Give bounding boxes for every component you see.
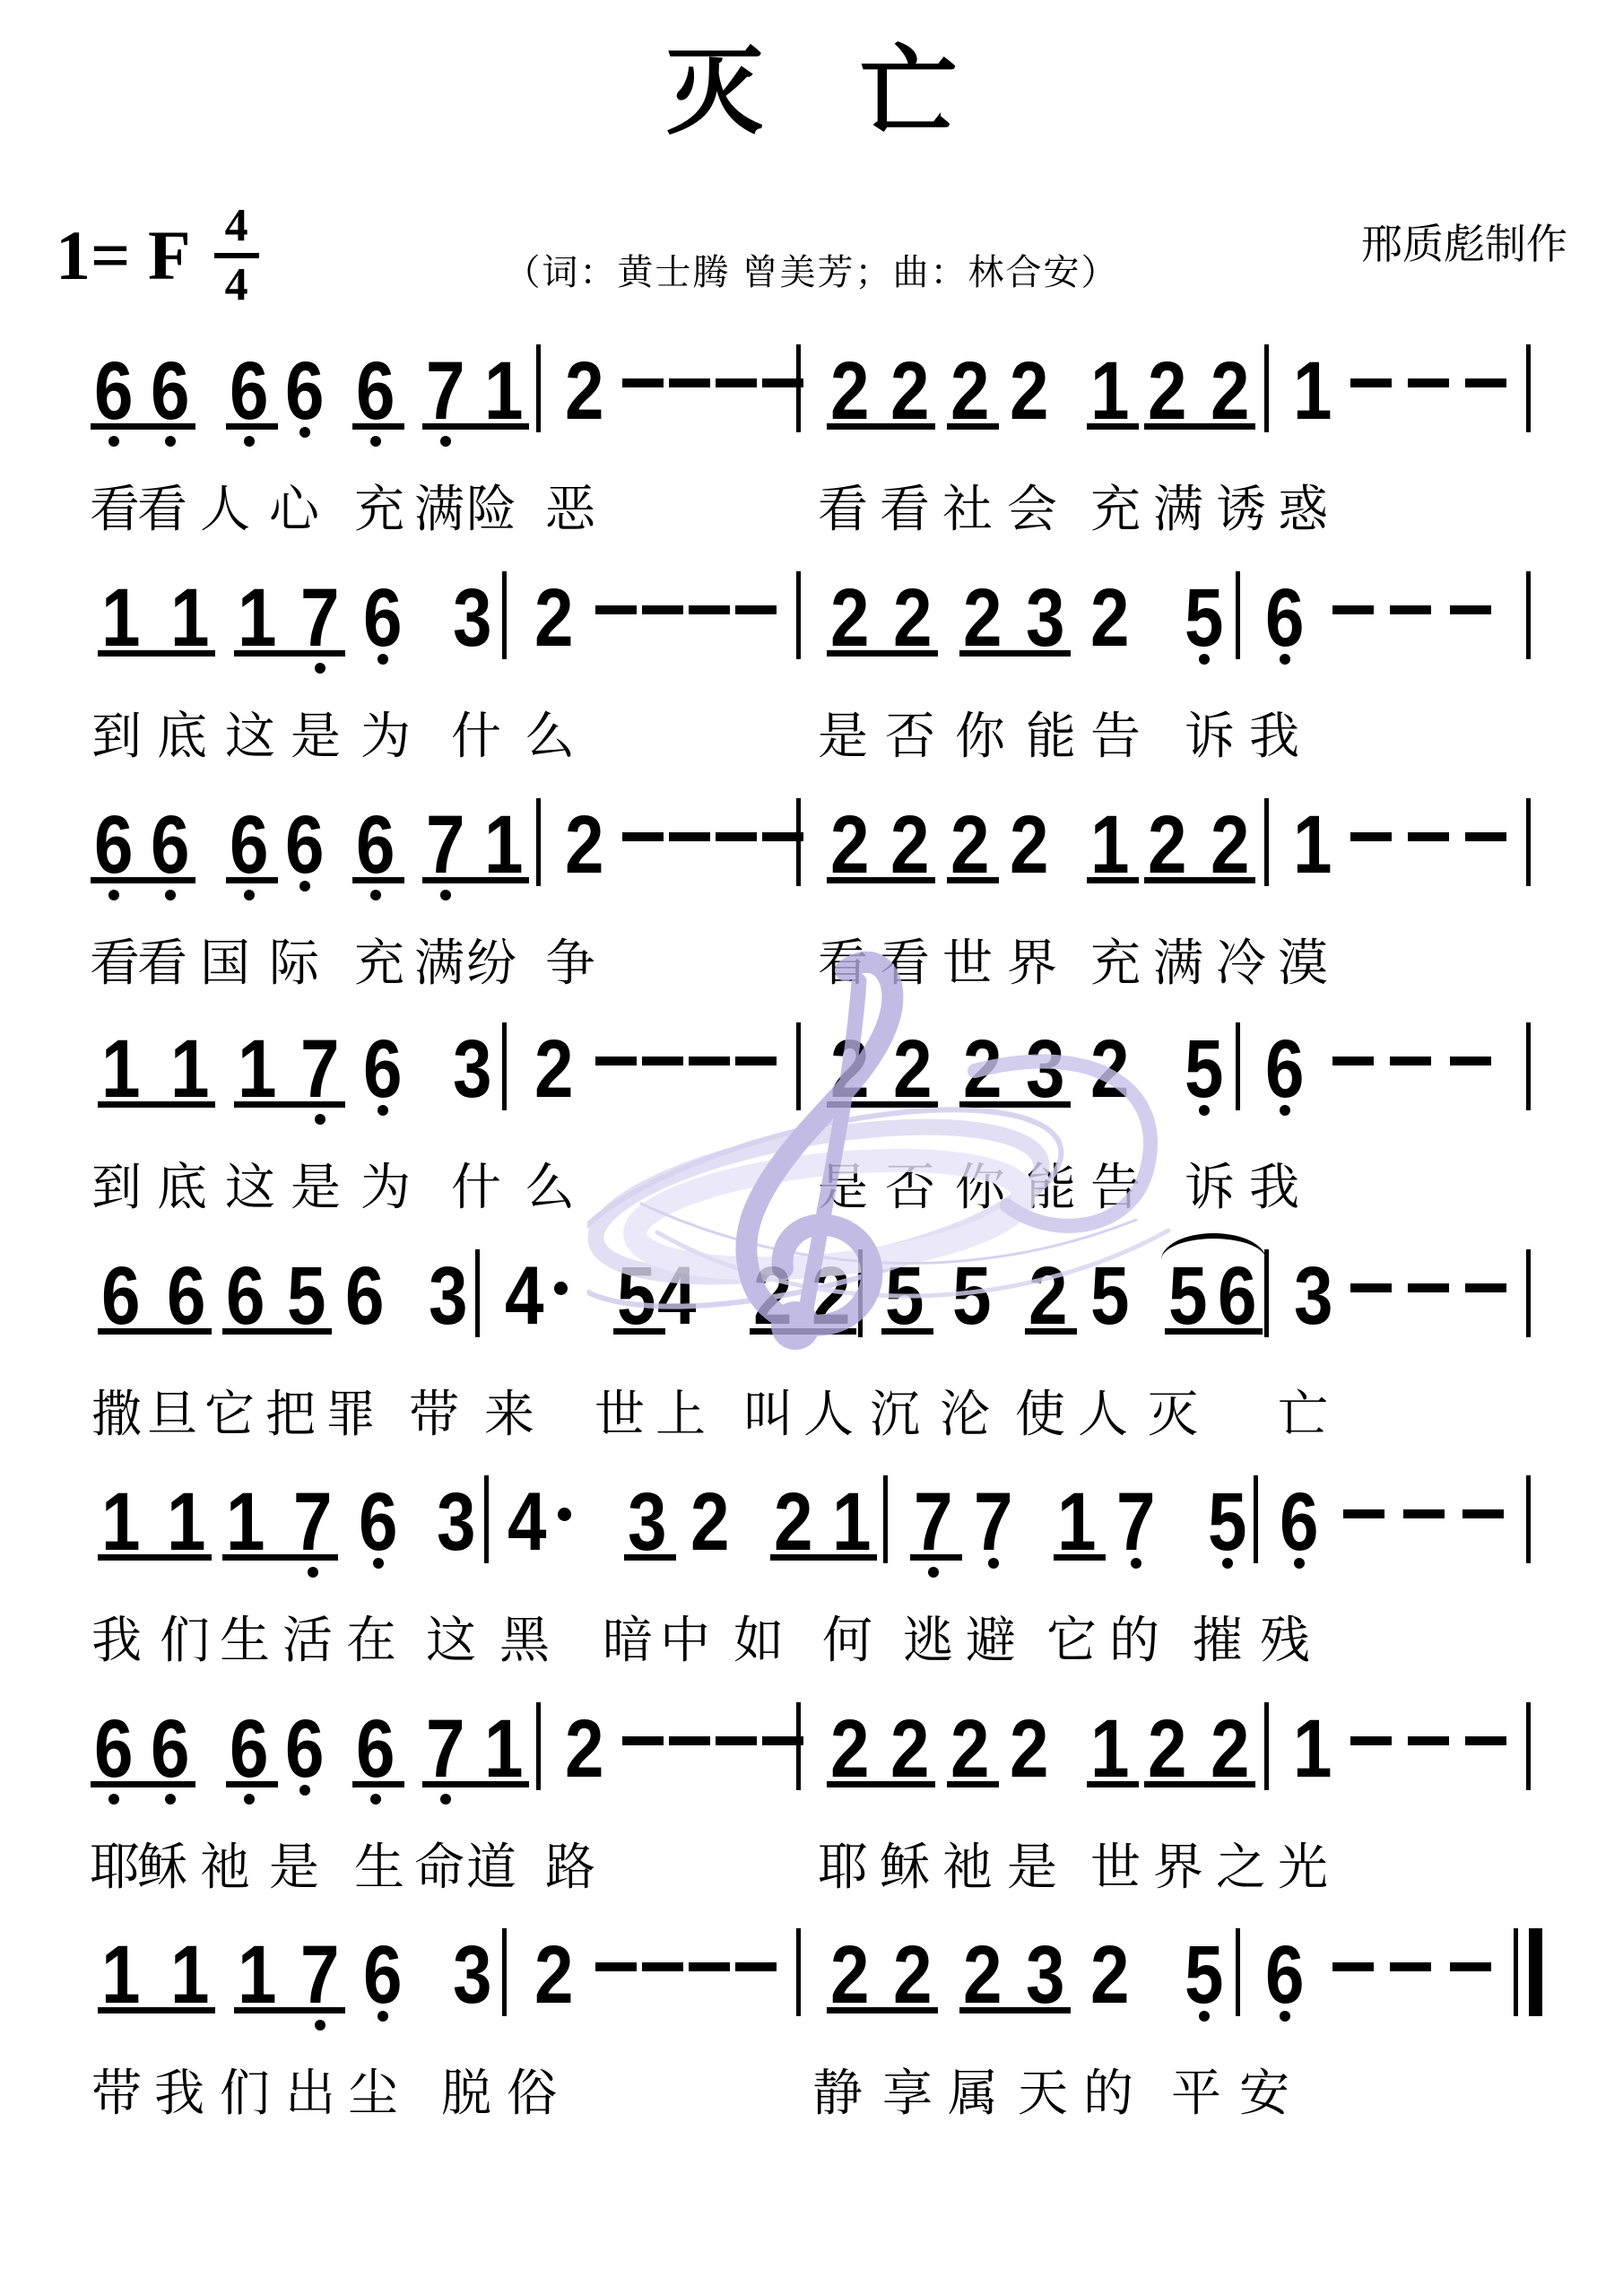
note-digit: 2 [1211,804,1249,886]
barline [1264,1249,1269,1337]
lyric-syllable: 充 [354,938,404,988]
lyric-syllable: 罪 [325,1389,376,1439]
eighth-underline [352,877,404,883]
note-digit: 6 [230,350,268,432]
lyric-syllable: 叫 [743,1389,794,1439]
lyric-syllable: 这 [225,711,275,761]
note-digit: 3 [1026,1028,1064,1110]
eighth-underline [98,1101,215,1108]
duration-dash [735,1057,777,1065]
octave-dot [1294,1558,1305,1569]
octave-dot [244,1794,255,1805]
octave-dot [378,2011,388,2022]
barline [796,1928,801,2016]
note-digit: 1 [238,577,276,659]
eighth-underline [234,1101,345,1108]
octave-dot [378,1105,388,1116]
duration-dash [622,832,664,841]
eighth-underline [91,877,195,883]
note-digit: 2 [893,1934,932,2016]
note-digit: 1 [1293,350,1332,432]
note-digit: 3 [429,1255,467,1337]
barline [796,798,801,886]
lyric-syllable: 界 [1153,1842,1203,1892]
barline [1264,1702,1269,1790]
duration-dash [669,378,710,387]
octave-dot [244,890,255,900]
note-digit: 5 [1208,1481,1246,1563]
music-system: 6666671222221221看看人心充满险恶看看社会充满诱惑 [0,350,1623,577]
lyric-syllable: 把 [265,1389,316,1439]
note-digit: 2 [893,1028,932,1110]
note-digit: 3 [1026,577,1064,659]
octave-dot [1199,2011,1210,2022]
lyric-syllable: 世 [942,938,993,988]
eighth-underline [222,1554,338,1561]
eighth-underline [91,1781,195,1787]
note-digit: 6 [1265,1028,1304,1110]
note-digit: 2 [1148,1708,1186,1790]
barline [796,571,801,659]
duration-dash [669,832,710,841]
lyric-syllable: 人 [1078,1389,1128,1439]
lyric-syllable: 看 [880,938,930,988]
barline [1236,1022,1240,1110]
lyric-syllable: 生 [220,1615,270,1665]
octave-dot [370,1794,381,1805]
lyric-syllable: 残 [1260,1615,1310,1665]
lyric-syllable: 道 [466,1842,516,1892]
lyric-syllable: 我 [1249,1162,1299,1213]
lyric-syllable: 告 [1090,1162,1141,1213]
note-digit: 2 [950,1708,989,1790]
lyric-syllable: 否 [885,711,935,761]
lyric-syllable: 际 [269,938,319,988]
barline [1526,1022,1531,1110]
note-digit: 1 [1057,1481,1096,1563]
duration-dash [642,1057,683,1065]
eighth-underline [959,1101,1071,1108]
octave-dot [1222,1558,1233,1569]
barline [1264,798,1269,886]
note-digit: 6 [101,1255,140,1337]
barline [484,1475,489,1563]
lyric-syllable: 底 [157,711,207,761]
lyric-syllable: 是 [818,1162,868,1213]
eighth-underline [91,423,195,430]
note-digit: 2 [963,577,1002,659]
duration-dash [1350,1736,1392,1745]
eighth-underline [234,650,345,657]
duration-dash [1465,1736,1506,1745]
note-digit: 6 [345,1255,384,1337]
barline [1264,344,1269,432]
duration-dash [1350,378,1392,387]
duration-dash [595,1962,637,1971]
note-digit: 6 [226,1255,265,1337]
lyric-syllable: 底 [157,1162,207,1213]
lyric-syllable: 国 [200,938,250,988]
note-digit: 5 [287,1255,325,1337]
duration-dash [669,1736,710,1745]
lyric-syllable: 黑 [499,1615,550,1665]
eighth-underline [1054,1554,1106,1561]
eighth-underline [226,423,278,430]
lyric-syllable: 属 [948,2068,998,2118]
note-digit: 7 [293,1481,332,1563]
eighth-underline [827,1101,938,1108]
lyric-syllable: 诉 [1185,711,1235,761]
eighth-underline [827,650,938,657]
eighth-underline [422,1781,529,1787]
octave-dot [108,436,119,447]
octave-dot [108,890,119,900]
duration-dash [1408,378,1449,387]
note-digit: 3 [453,577,491,659]
note-digit: 3 [453,1934,491,2016]
note-digit: 5 [885,1255,924,1337]
note-digit: 6 [363,1934,402,2016]
octave-dot [1280,654,1290,665]
duration-dash [1403,1509,1445,1518]
note-digit: 2 [893,577,932,659]
duration-dash [1390,605,1431,614]
lyric-syllable: 纷 [466,938,516,988]
note-digit: 1 [484,1708,523,1790]
lyric-syllable: 充 [1090,938,1141,988]
note-digit: 6 [363,1028,402,1110]
note-digit: 2 [830,1934,869,2016]
duration-dash [642,1962,683,1971]
duration-dash [1465,378,1506,387]
note-digit: 1 [101,577,140,659]
lyric-syllable: 中 [660,1615,710,1665]
octave-dot [1280,1105,1290,1116]
barline [1526,1249,1531,1337]
note-digit: 1 [238,1028,276,1110]
note-digit: 2 [1010,350,1048,432]
lyric-syllable: 满 [1153,484,1203,535]
eighth-underline [750,1328,856,1335]
lyric-syllable: 你 [955,1162,1005,1213]
eighth-underline [959,2007,1071,2013]
note-digit: 1 [101,1481,140,1563]
lyric-syllable: 否 [885,1162,935,1213]
eighth-underline [422,877,529,883]
note-digit: 1 [170,577,209,659]
note-digit: 1 [1090,804,1129,886]
octave-dot [1199,654,1210,665]
note-digit: 6 [94,1708,133,1790]
duration-dash [622,1736,664,1745]
eighth-underline [98,1328,212,1335]
octave-dot [440,1794,451,1805]
note-digit: 1 [1293,804,1332,886]
lyric-syllable: 我 [154,2068,204,2118]
lyric-syllable: 充 [354,484,404,535]
note-digit: 7 [426,350,464,432]
note-digit: 2 [830,804,869,886]
note-digit: 5 [1168,1255,1207,1337]
duration-dash [716,1736,757,1745]
lyric-syllable: 脱 [441,2068,491,2118]
note-digit: 7 [300,1934,339,2016]
barline [1526,344,1531,432]
lyric-syllable: 险 [466,484,516,535]
music-system: 6666671222221221耶稣祂是生命道路耶稣祂是世界之光 [0,1708,1623,1935]
note-digit: 2 [830,350,869,432]
note-digit: 2 [534,1934,573,2016]
duration-dash [1350,1283,1392,1292]
note-digit: 5 [1185,1028,1223,1110]
lyric-syllable: 撒 [91,1389,142,1439]
note-digit: 6 [94,804,133,886]
lyric-syllable: 么 [525,1162,575,1213]
note-digit: 6 [1280,1481,1318,1563]
note-digit: 5 [1185,577,1223,659]
note-digit: 5 [1185,1934,1223,2016]
note-digit: 6 [1265,577,1304,659]
lyric-syllable: 的 [1083,2068,1133,2118]
lyric-syllable: 的 [1109,1615,1159,1665]
note-digit: 1 [1090,1708,1129,1790]
note-digit: 1 [1293,1708,1332,1790]
note-digit: 4 [657,1255,696,1337]
music-system: 11176322223256带我们出尘脱俗静享属天的平安 [0,1934,1623,2161]
note-digit: 2 [830,1028,869,1110]
note-digit: 6 [1218,1255,1256,1337]
lyric-syllable: 告 [1090,711,1141,761]
lyric-syllable: 是 [1007,1842,1057,1892]
duration-dash [689,1962,730,1971]
music-system: 11176322223256到底这是为什么是否你能告诉我 [0,1028,1623,1255]
lyric-syllable: 避 [966,1615,1016,1665]
eighth-underline [226,877,278,883]
lyric-syllable: 看 [137,484,187,535]
barline [796,344,801,432]
note-digit: 5 [1090,1255,1129,1337]
eighth-underline [234,2007,345,2013]
lyric-syllable: 满 [1153,938,1203,988]
lyric-syllable: 恶 [545,484,595,535]
lyric-syllable: 看 [90,484,140,535]
lyric-syllable: 到 [91,711,142,761]
lyric-syllable: 出 [285,2068,335,2118]
lyric-syllable: 么 [525,711,575,761]
note-digit: 4 [505,1255,543,1337]
lyric-syllable: 我 [1249,711,1299,761]
barline [883,1475,888,1563]
octave-dot [440,890,451,900]
note-digit: 6 [356,804,395,886]
lyric-syllable: 活 [282,1615,333,1665]
lyric-syllable: 们 [160,1615,210,1665]
lyric-syllable: 使 [1015,1389,1065,1439]
note-digit: 2 [963,1028,1002,1110]
augmentation-dot [554,1282,568,1295]
barline [475,1249,480,1337]
lyric-syllable: 界 [1007,938,1057,988]
note-digit: 2 [830,1708,869,1790]
note-digit: 6 [230,804,268,886]
note-digit: 5 [952,1255,991,1337]
note-digit: 1 [484,350,523,432]
note-digit: 6 [356,350,395,432]
lyric-syllable: 什 [451,1162,501,1213]
lyric-syllable: 它 [1046,1615,1097,1665]
eighth-underline [624,1554,676,1561]
lyric-syllable: 人 [803,1389,854,1439]
barline [858,1249,863,1337]
lyric-syllable: 在 [346,1615,396,1665]
octave-dot [308,1567,318,1578]
duration-dash [1390,1962,1431,1971]
lyric-syllable: 暗 [603,1615,653,1665]
lyric-syllable: 安 [1239,2068,1289,2118]
octave-dot [1131,1558,1141,1569]
duration-dash [1350,832,1392,841]
eighth-underline [947,1781,999,1787]
lyric-syllable: 惑 [1278,484,1328,535]
note-digit: 2 [534,577,573,659]
barline [502,1928,507,2016]
lyric-syllable: 世 [595,1389,645,1439]
barline [1254,1475,1258,1563]
note-digit: 2 [830,577,869,659]
lyric-syllable: 俗 [507,2068,557,2118]
lyric-syllable: 稣 [880,1842,930,1892]
lyric-syllable: 看 [818,938,868,988]
note-digit: 6 [363,577,402,659]
note-digit: 2 [890,804,929,886]
eighth-underline [1025,1328,1077,1335]
eighth-underline [827,2007,938,2013]
note-digit: 2 [565,350,603,432]
octave-dot [370,890,381,900]
eighth-underline [827,877,935,883]
eighth-underline [222,1328,332,1335]
note-digit: 2 [690,1481,729,1563]
lyric-syllable: 沦 [940,1389,990,1439]
note-digit: 7 [426,804,464,886]
lyric-syllable: 是 [291,1162,341,1213]
note-digit: 1 [167,1481,205,1563]
duration-dash [1332,605,1374,614]
note-digit: 2 [950,350,989,432]
eighth-underline [881,1328,933,1335]
note-digit: 2 [565,1708,603,1790]
sheet: 灭 亡 1= F 4 4 （词：黄士腾 曾美芳；曲：林合安） 邢质彪制作 666… [0,0,1623,2296]
note-digit: 1 [101,1934,140,2016]
score: 6666671222221221看看人心充满险恶看看社会充满诱惑11176322… [0,0,1623,2296]
note-digit: 2 [1090,1028,1129,1110]
note-digit: 3 [437,1481,475,1563]
lyric-syllable: 争 [545,938,595,988]
lyric-syllable: 平 [1171,2068,1221,2118]
barline [1526,1702,1531,1790]
lyric-syllable: 社 [942,484,993,535]
music-system: 666563454225525563撒旦它把罪带来世上叫人沉沦使人灭亡 [0,1255,1623,1482]
duration-dash [735,1962,777,1971]
lyric-syllable: 路 [545,1842,595,1892]
barline [536,344,541,432]
duration-dash [1408,1736,1449,1745]
note-digit: 6 [230,1708,268,1790]
duration-dash [1390,1057,1431,1065]
lyric-syllable: 满 [414,484,464,535]
duration-dash [716,832,757,841]
octave-dot [299,427,310,438]
lyric-syllable: 看 [137,938,187,988]
note-digit: 1 [170,1934,209,2016]
eighth-underline [98,650,215,657]
lyric-syllable: 享 [882,2068,933,2118]
duration-dash [1462,1509,1504,1518]
note-digit: 1 [238,1934,276,2016]
note-digit: 1 [101,1028,140,1110]
barline [796,1022,801,1110]
duration-dash [595,1057,637,1065]
lyric-syllable: 祂 [942,1842,993,1892]
lyric-syllable: 尘 [348,2068,398,2118]
lyric-syllable: 耶 [818,1842,868,1892]
lyric-syllable: 漠 [1278,938,1328,988]
octave-dot [440,436,451,447]
eighth-underline [1144,1781,1255,1787]
lyric-syllable: 耶 [90,1842,140,1892]
eighth-underline [947,877,999,883]
barline [1526,798,1531,886]
lyric-syllable: 稣 [137,1842,187,1892]
barline [1526,1475,1531,1563]
lyric-syllable: 为 [360,711,411,761]
note-digit: 2 [1090,1934,1129,2016]
octave-dot [315,663,325,674]
lyric-syllable: 是 [291,711,341,761]
lyric-syllable: 命 [414,1842,464,1892]
duration-dash [1450,605,1491,614]
note-digit: 2 [890,1708,929,1790]
lyric-syllable: 来 [484,1389,534,1439]
note-digit: 2 [1211,350,1249,432]
note-digit: 3 [1294,1255,1332,1337]
lyric-syllable: 它 [204,1389,255,1439]
lyric-syllable: 旦 [147,1389,197,1439]
lyric-syllable: 世 [1090,1842,1141,1892]
lyric-syllable: 充 [1090,484,1141,535]
barline [1236,1928,1240,2016]
eighth-underline [910,1554,962,1561]
duration-dash [1332,1057,1374,1065]
lyric-syllable: 这 [225,1162,275,1213]
note-digit: 1 [484,804,523,886]
lyric-syllable: 天 [1018,2068,1068,2118]
lyric-syllable: 诱 [1216,484,1266,535]
octave-dot [299,1785,310,1796]
note-digit: 3 [453,1028,491,1110]
duration-dash [1450,1057,1491,1065]
eighth-underline [98,2007,215,2013]
eighth-underline [1144,877,1255,883]
barline [502,1022,507,1110]
note-digit: 2 [1090,577,1129,659]
octave-dot [378,654,388,665]
lyric-syllable: 们 [220,2068,270,2118]
music-system: 11176322223256到底这是为什么是否你能告诉我 [0,577,1623,804]
duration-dash [1408,832,1449,841]
barline [502,571,507,659]
lyric-syllable: 带 [91,2068,142,2118]
